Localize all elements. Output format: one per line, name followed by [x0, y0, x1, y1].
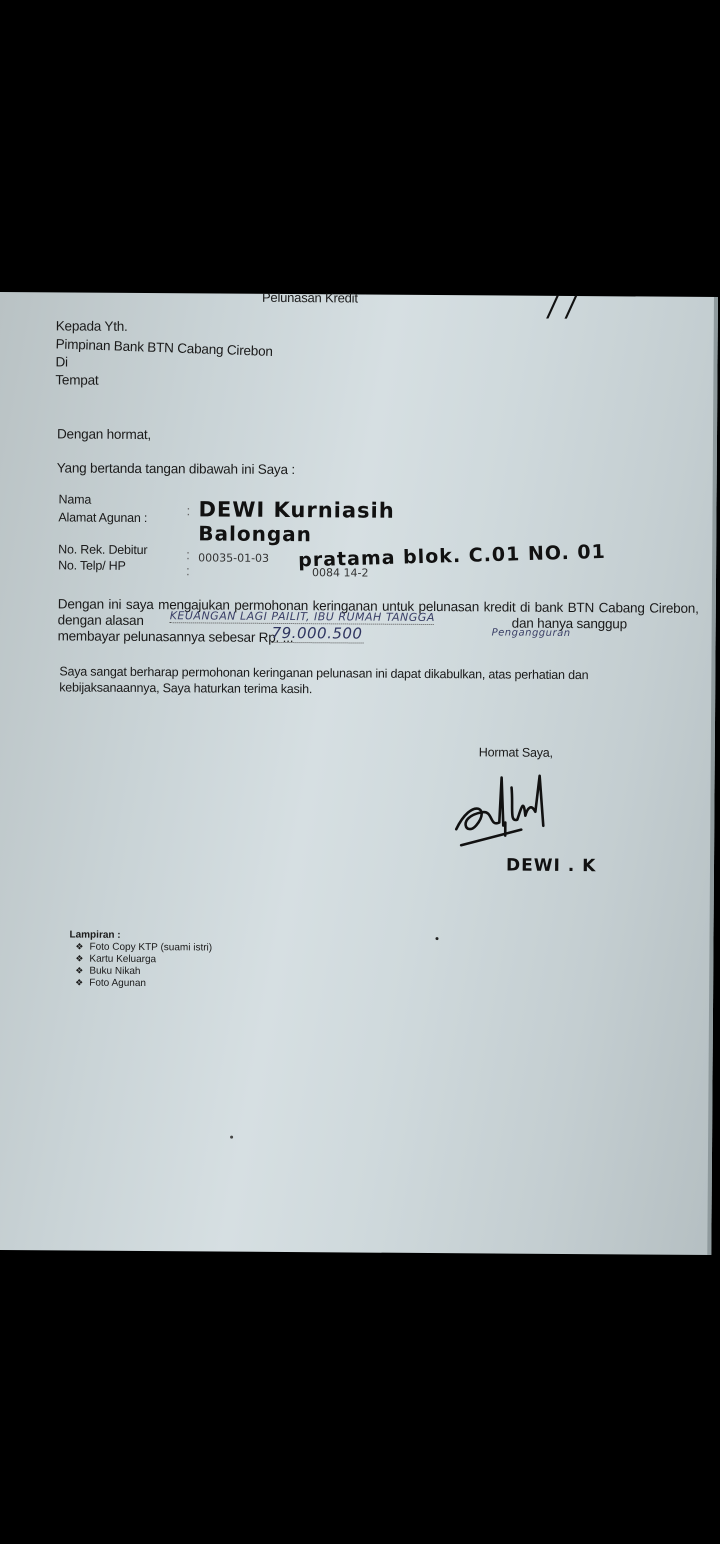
request-line-3-prefix: membayar pelunasannya sebesar Rp. ...: [58, 628, 294, 645]
signature-name: DEWI . K: [506, 856, 596, 877]
speck: [230, 1136, 233, 1139]
nama-label: Nama: [59, 492, 92, 506]
nama-colon: :: [186, 503, 190, 518]
subject-fragment: Pelunasan Kredit: [262, 290, 358, 306]
telp-label: No. Telp/ HP: [58, 558, 126, 572]
request-paragraph: Dengan ini saya mengajukan permohonan ke…: [0, 292, 718, 297]
recipient-line-2: Pimpinan Bank BTN Cabang Cirebon: [55, 336, 273, 359]
alamat-value-1: Balongan: [198, 521, 312, 546]
speck: [435, 937, 438, 940]
recipient-block: Kepada Yth. Pimpinan Bank BTN Cabang Cir…: [0, 292, 718, 297]
hope-paragraph: Saya sangat berharap permohonan keringan…: [0, 292, 718, 297]
attachment-item: Foto Copy KTP (suami istri): [75, 942, 212, 954]
closing-text: Hormat Saya,: [479, 745, 553, 760]
recipient-line-3: Di: [55, 354, 67, 369]
intro-text: Yang bertanda tangan dibawah ini Saya :: [57, 460, 295, 477]
recipient-line-1: Kepada Yth.: [56, 318, 128, 334]
greeting: Dengan hormat,: [57, 426, 151, 442]
recipient-line-4: Tempat: [55, 372, 98, 387]
hope-line-2: kebijaksanaannya, Saya haturkan terima k…: [59, 680, 312, 696]
debtor-fields: Nama Alamat Agunan : No. Rek. Debitur No…: [0, 292, 718, 297]
nama-value: DEWI Kurniasih: [198, 497, 394, 522]
attachments-title: Lampiran :: [69, 930, 120, 941]
rek-value: 00035-01-03: [198, 551, 269, 564]
attachments-block: Lampiran : Foto Copy KTP (suami istri) K…: [0, 292, 718, 297]
telp-colon: :: [186, 563, 190, 578]
signature-icon: [451, 767, 562, 850]
hope-line-1: Saya sangat berharap permohonan keringan…: [59, 664, 588, 682]
top-right-mark: / /: [545, 290, 578, 323]
request-line-2-suffix: dan hanya sanggup: [512, 616, 627, 632]
rek-label: No. Rek. Debitur: [58, 542, 147, 557]
rek-value-2: 0084 14-2: [312, 566, 369, 579]
reason-handwritten: KEUANGAN LAGI PAILIT, IBU RUMAH TANGGA, …: [170, 609, 434, 625]
rek-colon: :: [186, 547, 190, 562]
request-line-2-prefix: dengan alasan: [58, 612, 144, 628]
attachment-item: Foto Agunan: [75, 978, 146, 989]
attachment-item: Kartu Keluarga: [75, 954, 156, 966]
alamat-label: Alamat Agunan :: [58, 510, 147, 525]
attachment-item: Buku Nikah: [75, 966, 140, 977]
amount-handwritten: 79.000.500: [272, 624, 364, 644]
document-photo: Pelunasan Kredit / / Kepada Yth. Pimpina…: [0, 292, 718, 1255]
